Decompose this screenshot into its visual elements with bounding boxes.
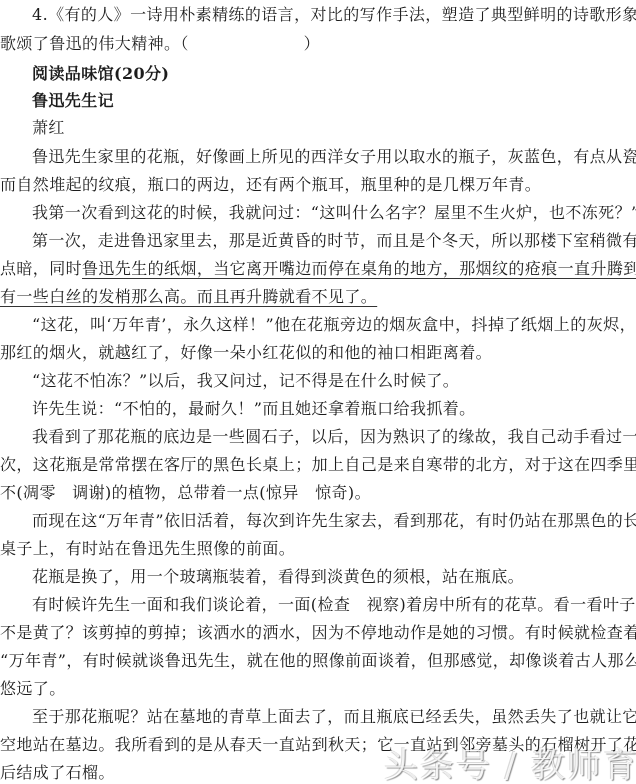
underlined-sentence: 有一些白丝的发梢那么高。而且再升腾就看不见了。 (0, 287, 377, 306)
passage-author: 萧红 (0, 114, 636, 142)
passage-line-word-choice: 不(凋零 调谢)的植物，总带着一点(惊异 惊奇)。 (0, 479, 636, 507)
passage-line: “这花，叫‘万年青’，永久这样！”他在花瓶旁边的烟灰盒中，抖掉了纸烟上的灰烬， (0, 311, 636, 339)
underlined-sentence: 鲁迅先生的纸烟，当它离开嘴边而停在桌角的地方，那烟纹的疮痕一直升腾到他 (82, 259, 636, 278)
passage-line: 花瓶是换了，用一个玻璃瓶装着，看得到淡黄色的须根，站在瓶底。 (0, 563, 636, 591)
question-line-2: 歌颂了鲁迅的伟大精神。（ ） (0, 30, 636, 58)
passage-line-underlined-end: 有一些白丝的发梢那么高。而且再升腾就看不见了。 (0, 283, 636, 311)
passage-line: 鲁迅先生家里的花瓶，好像画上所见的西洋女子用以取水的瓶子，灰蓝色，有点从瓷釉 (0, 143, 636, 171)
passage-line: 我看到了那花瓶的底边是一些圆石子，以后，因为熟识了的缘故，我自己动手看过一两 (0, 423, 636, 451)
source-watermark: 头条号 / 教师育儿 (384, 738, 636, 784)
passage-line: 而现在这“万年青”依旧活着，每次到许先生家去，看到那花，有时仍站在那黑色的长 (0, 507, 636, 535)
section-heading: 阅读品味馆(20分) (0, 60, 636, 88)
passage-line: 我第一次看到这花的时候，我就问过：“这叫什么名字？屋里不生火炉，也不冻死？” (0, 199, 636, 227)
passage-line: 许先生说：“不怕的，最耐久！”而且她还拿着瓶口给我抓着。 (0, 395, 636, 423)
passage-line: 桌子上，有时站在鲁迅先生照像的前面。 (0, 535, 636, 563)
passage-line: 至于那花瓶呢？站在墓地的青草上面去了，而且瓶底已经丢失，虽然丢失了也就让它空 (0, 703, 636, 731)
passage-line: 而自然堆起的纹痕，瓶口的两边，还有两个瓶耳，瓶里种的是几棵万年青。 (0, 171, 636, 199)
passage-line-word-choice: 有时候许先生一面和我们谈论着，一面(检查 视察)着房中所有的花草。看一看叶子是 (0, 591, 636, 619)
passage-line: 不是黄了？该剪掉的剪掉；该洒水的洒水，因为不停地动作是她的习惯。有时候就检查着这 (0, 619, 636, 647)
question-line-1: 4.《有的人》一诗用朴素精练的语言，对比的写作手法，塑造了典型鲜明的诗歌形象， (0, 1, 636, 29)
passage-line: 次，这花瓶是常常摆在客厅的黑色长桌上；加上自己是来自寒带的北方，对于这在四季里都 (0, 451, 636, 479)
passage-line: 悠远了。 (0, 675, 636, 703)
passage-line: “这花不怕冻？”以后，我又问过，记不得是在什么时候了。 (0, 367, 636, 395)
passage-title: 鲁迅先生记 (0, 87, 636, 115)
passage-line: 第一次，走进鲁迅家里去，那是近黄昏的时节，而且是个冬天，所以那楼下室稍微有一 (0, 227, 636, 255)
passage-line-underlined-start: 点暗，同时鲁迅先生的纸烟，当它离开嘴边而停在桌角的地方，那烟纹的疮痕一直升腾到他 (0, 255, 636, 283)
passage-line: “万年青”，有时候就谈鲁迅先生，就在他的照像前面谈着，但那感觉，却像谈着古人那么 (0, 647, 636, 675)
document-page: 4.《有的人》一诗用朴素精练的语言，对比的写作手法，塑造了典型鲜明的诗歌形象， … (0, 0, 636, 784)
passage-line: 那红的烟火，就越红了，好像一朵小红花似的和他的袖口相距离着。 (0, 339, 636, 367)
passage-text: 点暗，同时 (0, 259, 82, 278)
